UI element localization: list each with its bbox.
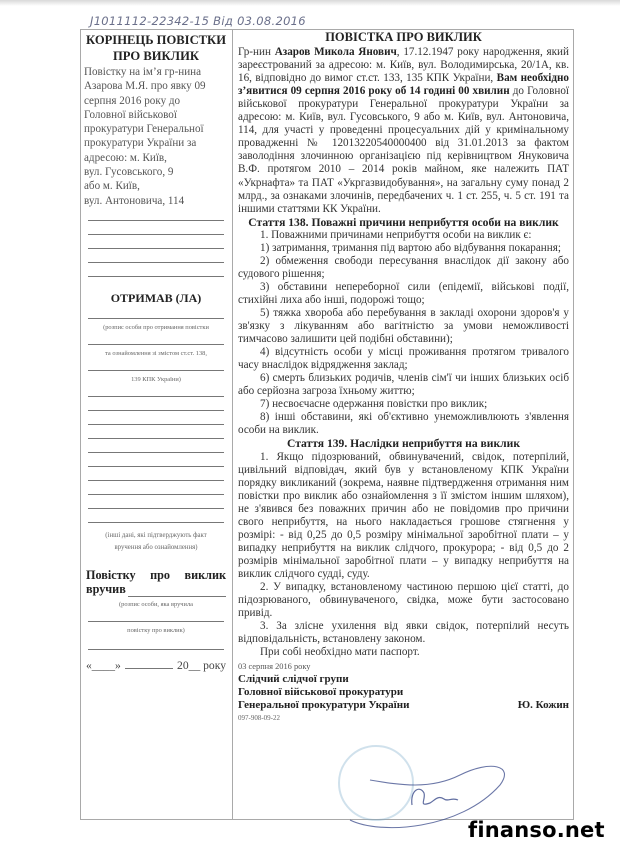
received-note: 139 КПК України) xyxy=(84,376,228,384)
handed-note: повістку про виклик) xyxy=(84,627,228,635)
article-138-item: 8) інші обставини, які об'єктивно унемож… xyxy=(238,411,569,437)
scan-top-shadow xyxy=(0,0,620,6)
blank-line xyxy=(88,466,224,467)
signature-line xyxy=(88,621,224,622)
summons-title: ПОВІСТКА ПРО ВИКЛИК xyxy=(238,31,569,44)
summons-main-paragraph: Гр-нин Азаров Микола Янович, 17.12.1947 … xyxy=(238,46,569,216)
article-139-title: Стаття 139. Наслідки неприбуття на викли… xyxy=(238,437,569,450)
blank-line xyxy=(88,262,224,263)
article-139-item: 2. У випадку, встановленому частиною пер… xyxy=(238,581,569,620)
article-138-item: 1. Поважними причинами неприбуття особи … xyxy=(238,229,569,242)
signer-name: Ю. Кожин xyxy=(518,699,569,712)
article-138-item: 6) смерть близьких родичів, членів сім'ї… xyxy=(238,372,569,398)
blank-line xyxy=(88,424,224,425)
article-139-item: 3. За злісне ухилення від явки свідок, п… xyxy=(238,620,569,646)
article-138-item: 1) затримання, тримання під вартою або в… xyxy=(238,242,569,255)
blank-line xyxy=(88,396,224,397)
signature-line xyxy=(88,649,224,650)
issue-date: 03 серпня 2016 року xyxy=(238,660,569,673)
blank-line xyxy=(88,452,224,453)
blank-line xyxy=(88,220,224,221)
signature-line xyxy=(88,344,224,345)
article-139-item: 1. Якщо підозрюваний, обвинувачений, сві… xyxy=(238,451,569,581)
article-138-item: 7) несвоєчасне одержання повістки про ви… xyxy=(238,398,569,411)
article-138-item: 2) обмеження свободи пересування внаслід… xyxy=(238,255,569,281)
received-note: та ознайомлення зі змістом ст.ст. 138, xyxy=(84,350,228,358)
blank-line xyxy=(88,522,224,523)
received-note: (розпис особи про отримання повістки xyxy=(84,324,228,332)
blank-lines xyxy=(84,220,228,277)
signature-line xyxy=(88,370,224,371)
signer-block: Слідчий слідчої групи Головної військово… xyxy=(238,673,569,712)
article-138-item: 4) відсутність особи у місці проживання … xyxy=(238,346,569,372)
blank-line xyxy=(88,410,224,411)
other-data-lines xyxy=(84,396,228,523)
handed-date-line: «____» 20__ року xyxy=(84,659,228,672)
watermark: finanso.net xyxy=(468,818,605,842)
handed-signature-line: вручив xyxy=(84,582,228,597)
passport-note: При собі необхідно мати паспорт. xyxy=(238,646,569,659)
handed-label: Повістку про виклик xyxy=(84,568,228,582)
signature-line xyxy=(88,318,224,319)
article-138-title: Стаття 138. Поважні причини неприбуття о… xyxy=(238,216,569,229)
blank-line xyxy=(88,438,224,439)
other-data-note: (інші дані, які підтверджують факт вруче… xyxy=(84,530,228,554)
summons-body: ПОВІСТКА ПРО ВИКЛИК Гр-нин Азаров Микола… xyxy=(238,31,569,725)
blank-line xyxy=(88,234,224,235)
blank-line xyxy=(88,248,224,249)
handed-note: (розпис особи, яка вручила xyxy=(84,601,228,609)
handwritten-registration-note: J1011112-22342-15 Від 03.08.2016 xyxy=(90,14,306,28)
blank-line xyxy=(88,276,224,277)
blank-line xyxy=(88,494,224,495)
blank-line xyxy=(88,480,224,481)
stub-body: Повістку на ім’я гр-нина Азарова М.Я. пр… xyxy=(84,65,228,208)
stub-title: КОРІНЕЦЬ ПОВІСТКИ ПРО ВИКЛИК xyxy=(84,32,228,64)
article-138-item: 5) тяжка хвороба або перебування в закла… xyxy=(238,307,569,346)
phone-number: 097-908-09-22 xyxy=(238,712,569,725)
blank-line xyxy=(88,508,224,509)
received-heading: ОТРИМАВ (ЛА) xyxy=(84,291,228,306)
summons-stub: КОРІНЕЦЬ ПОВІСТКИ ПРО ВИКЛИК Повістку на… xyxy=(84,32,228,672)
article-138-item: 3) обставини непереборної сили (епідемії… xyxy=(238,281,569,307)
column-divider xyxy=(232,29,233,820)
